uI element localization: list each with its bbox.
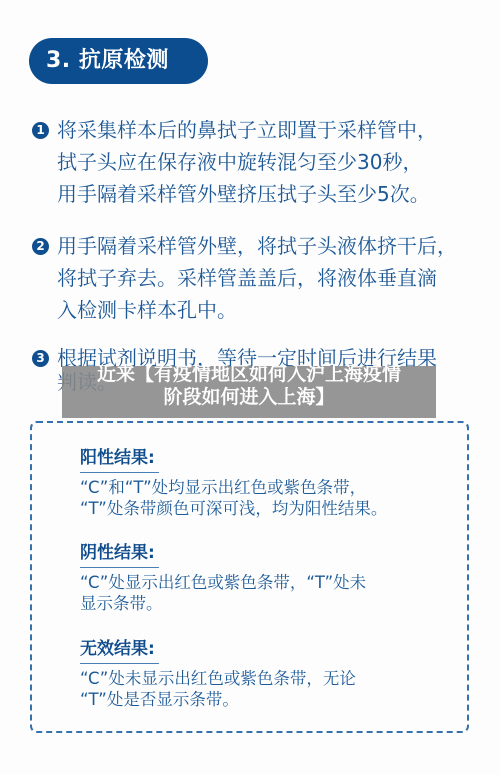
step-1-line-1: 将采集样本后的鼻拭子立即置于采样管中， <box>57 114 437 146</box>
result-positive-title: 阳性结果: <box>80 447 159 473</box>
caption-line-1: 近来【有疫情地区如何入沪上海疫情 <box>62 363 436 386</box>
caption-overlay-text: 近来【有疫情地区如何入沪上海疫情 阶段如何进入上海】 <box>62 363 436 409</box>
result-invalid-title: 无效结果: <box>80 638 159 664</box>
section-header-pill: 3. 抗原检测 <box>29 38 208 84</box>
step-2-line-3: 入检测卡样本孔中。 <box>57 294 237 326</box>
result-invalid-line-1: “C”处未显示出红色或紫色条带，无论 <box>80 668 460 689</box>
circled-number-3-icon: 3 <box>32 350 49 367</box>
circled-number-2-icon: 2 <box>32 238 49 255</box>
step-1-line-2: 拭子头应在保存液中旋转混匀至少30秒， <box>57 146 422 178</box>
result-positive-line-2: “T”处条带颜色可深可浅，均为阳性结果。 <box>80 498 460 519</box>
step-1-line-3: 用手隔着采样管外壁挤压拭子头至少5次。 <box>57 178 430 210</box>
result-negative-line-1: “C”处显示出红色或紫色条带，“T”处未 <box>80 572 460 593</box>
result-positive: 阳性结果: “C”和“T”处均显示出红色或紫色条带， “T”处条带颜色可深可浅，… <box>80 447 460 519</box>
step-1: 1 将采集样本后的鼻拭子立即置于采样管中， 拭子头应在保存液中旋转混匀至少30秒… <box>32 114 482 214</box>
result-negative-title: 阴性结果: <box>80 542 159 568</box>
circled-number-1-icon: 1 <box>32 122 49 139</box>
step-2-line-2: 将拭子弃去。采样管盖盖后，将液体垂直滴 <box>57 262 437 294</box>
result-interpretation-box: 阳性结果: “C”和“T”处均显示出红色或紫色条带， “T”处条带颜色可深可浅，… <box>30 421 469 733</box>
step-2: 2 用手隔着采样管外壁，将拭子头液体挤干后， 将拭子弃去。采样管盖盖后，将液体垂… <box>32 230 482 330</box>
step-2-line-1: 用手隔着采样管外壁，将拭子头液体挤干后， <box>57 230 457 262</box>
result-invalid-line-2: “T”处是否显示条带。 <box>80 689 460 710</box>
section-header-label: 3. 抗原检测 <box>46 48 169 73</box>
result-positive-line-1: “C”和“T”处均显示出红色或紫色条带， <box>80 477 460 498</box>
result-negative-line-2: 显示条带。 <box>80 593 460 614</box>
caption-line-2: 阶段如何进入上海】 <box>62 386 436 409</box>
result-negative: 阴性结果: “C”处显示出红色或紫色条带，“T”处未 显示条带。 <box>80 542 460 614</box>
result-invalid: 无效结果: “C”处未显示出红色或紫色条带，无论 “T”处是否显示条带。 <box>80 638 460 710</box>
